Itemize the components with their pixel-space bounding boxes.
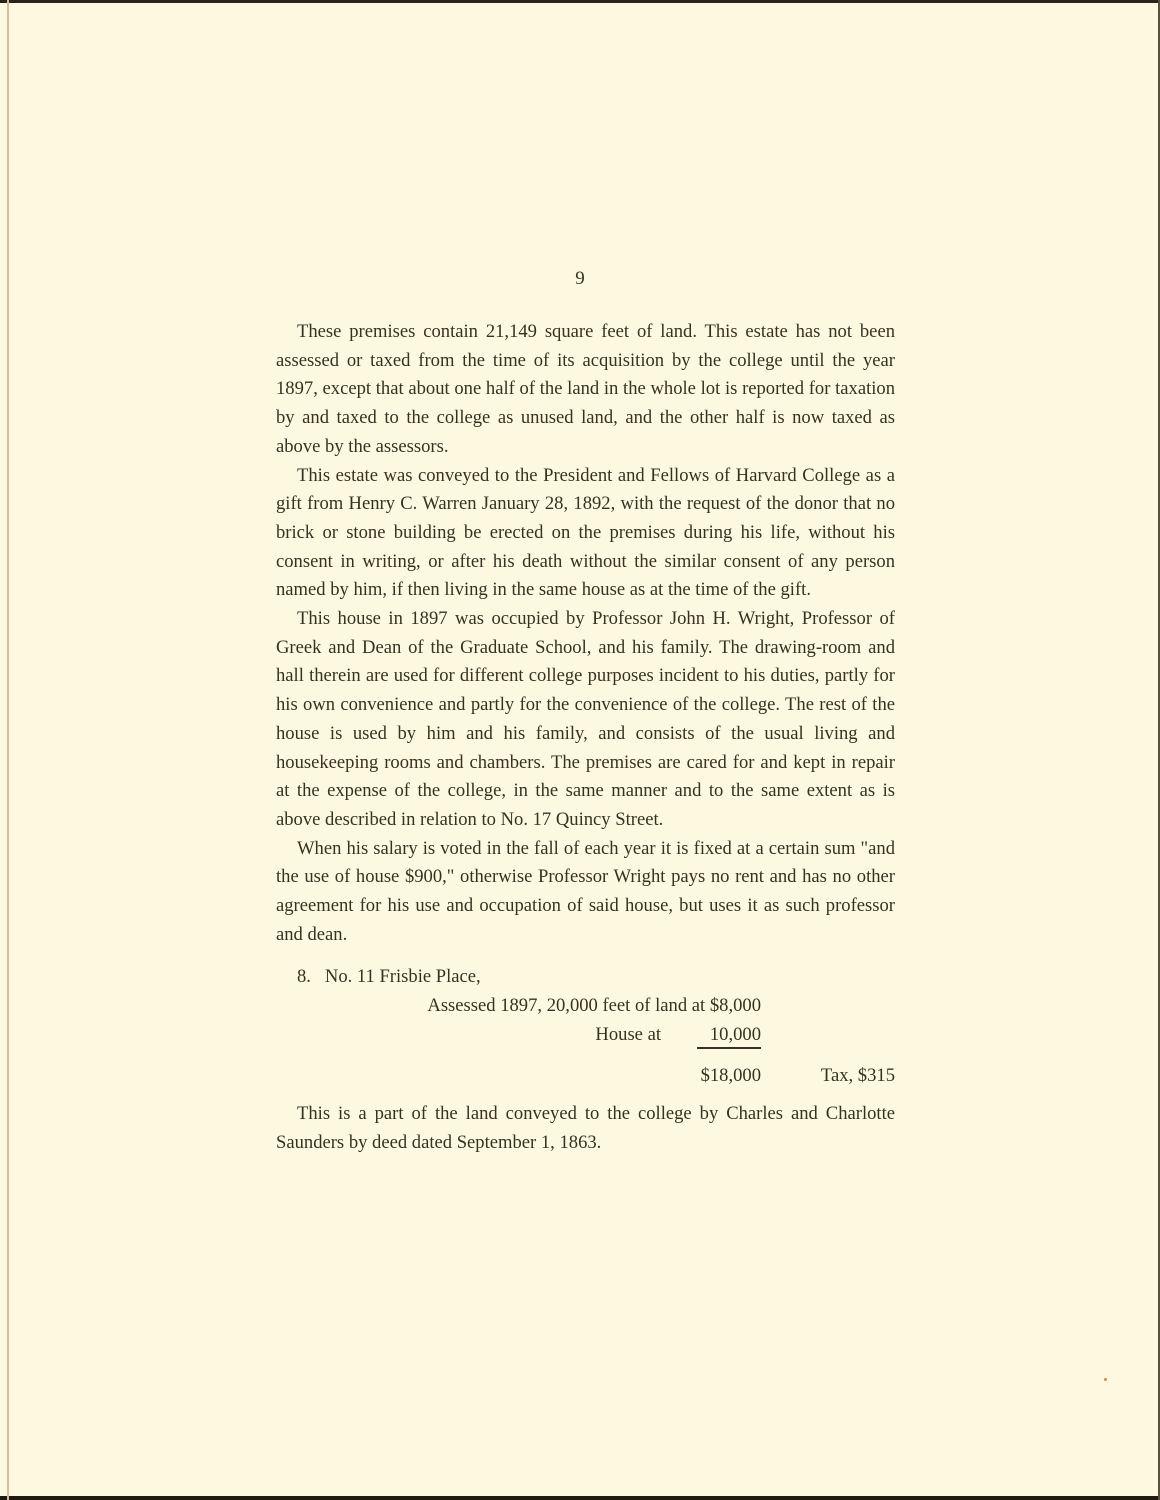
paragraph-conveyance: This estate was conveyed to the Presiden… (276, 462, 895, 606)
page-number: 9 (0, 268, 1160, 290)
house-value: 10,000 (710, 1021, 761, 1050)
margin-rule (7, 0, 9, 1500)
house-row: House at 10,000 (276, 1021, 895, 1050)
paragraph-deed: This is a part of the land conveyed to t… (276, 1100, 895, 1157)
sum-rule-row (276, 1050, 895, 1062)
sum-rule (697, 1047, 761, 1049)
assessment-land: Assessed 1897, 20,000 feet of land at $8… (427, 992, 761, 1021)
tax-value: Tax, $315 (821, 1062, 895, 1091)
page-top-edge (0, 0, 1160, 3)
page-bottom-edge (0, 1496, 1160, 1500)
total-value: $18,000 (701, 1062, 761, 1091)
body-text: These premises contain 21,149 square fee… (276, 318, 895, 1158)
house-label: House at (595, 1021, 661, 1050)
paragraph-occupancy: This house in 1897 was occupied by Profe… (276, 605, 895, 835)
paragraph-salary: When his salary is voted in the fall of … (276, 835, 895, 950)
total-row: $18,000 Tax, $315 (276, 1062, 895, 1091)
paper-speck (1104, 1378, 1107, 1381)
item-heading: 8. No. 11 Frisbie Place, (276, 963, 895, 992)
paragraph-premises: These premises contain 21,149 square fee… (276, 318, 895, 462)
assessment-row: Assessed 1897, 20,000 feet of land at $8… (276, 992, 895, 1021)
